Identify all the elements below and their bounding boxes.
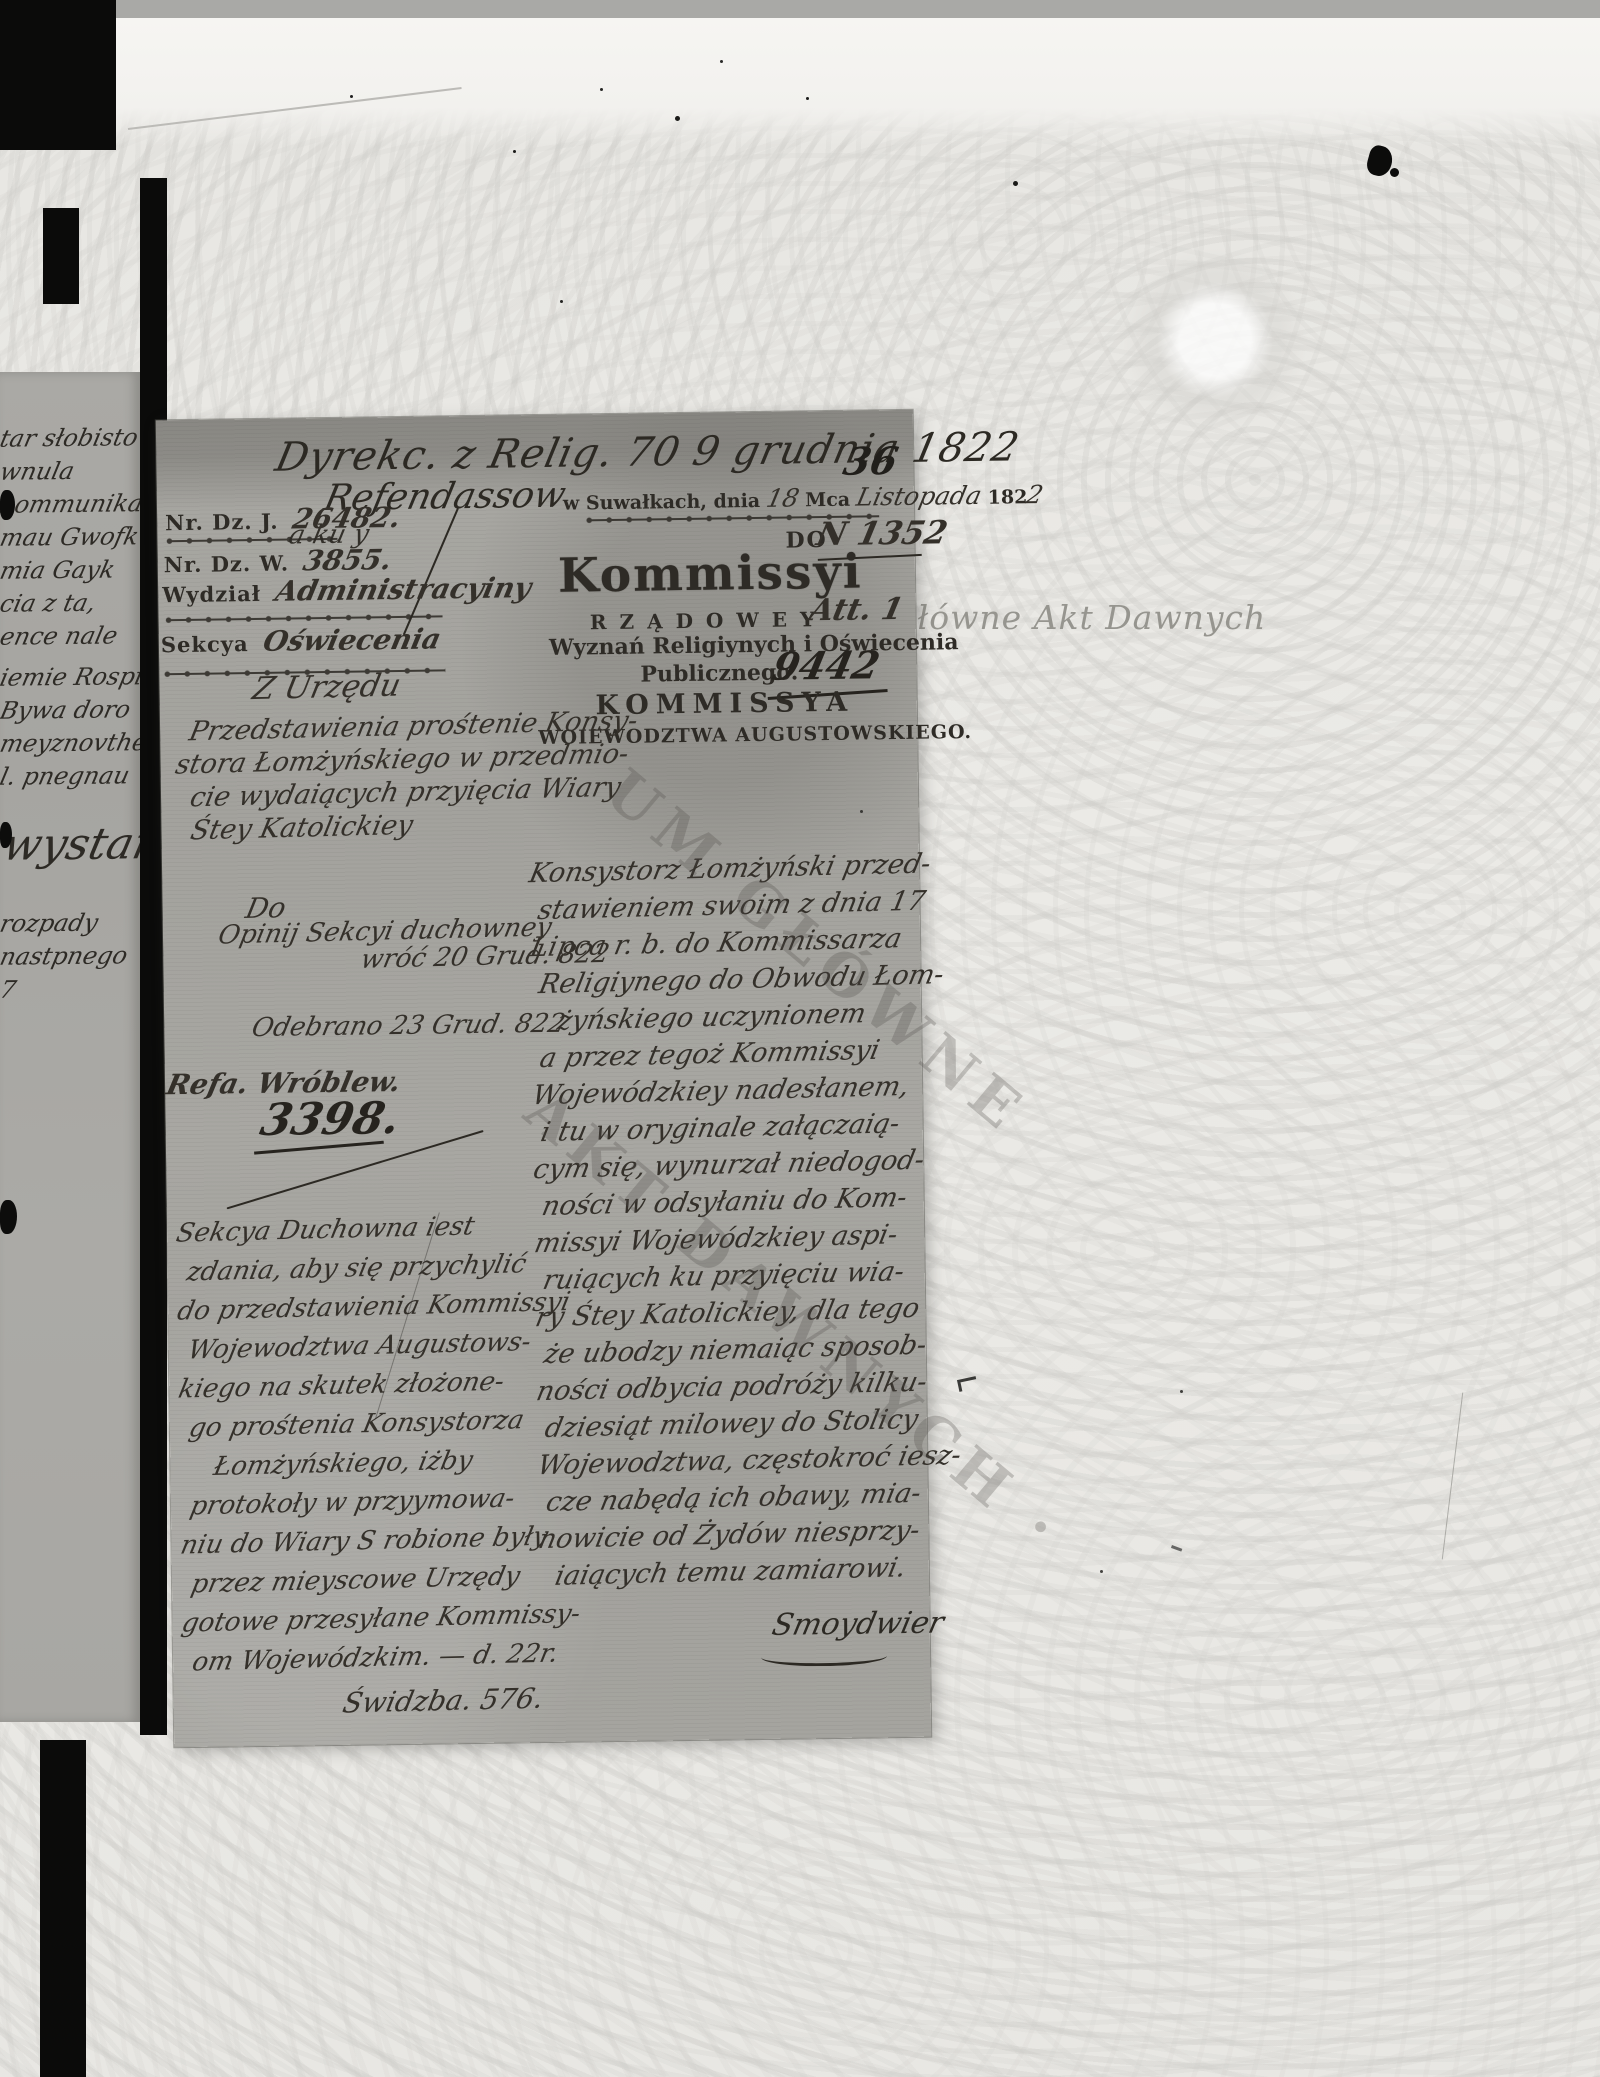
background-crease-line: [1442, 1393, 1463, 1560]
ink-blot: [0, 1200, 17, 1234]
nr-dz-w-value: 3855.: [301, 543, 396, 577]
place-label: w Suwałkach, dnia: [563, 490, 760, 515]
text-line: mau Gwofk: [0, 522, 140, 556]
annotation-heading-date: Dyrekc. z Relig. 70 9 grudnia 1822: [271, 424, 1023, 481]
text-line: wnula: [0, 456, 140, 490]
body-signature: Smoydwier: [769, 1605, 947, 1642]
registry-row-wydzial: Wydział Administracyiny: [162, 571, 531, 609]
emulsion-blob-small: [1390, 168, 1399, 177]
text-line: Świdzba. 576.: [339, 1676, 668, 1723]
text-line: wystarcza: [0, 818, 140, 909]
text-line: tar słobisto: [0, 423, 140, 457]
left-page-fragment: tar słobistownulakommunikaciemau Gwofkmi…: [0, 372, 140, 1722]
text-line: kommunikacie: [0, 489, 140, 523]
text-line: ence nale: [0, 621, 140, 655]
sekcya-value: Oświecenia: [260, 622, 444, 658]
nr-dz-w-label: Nr. Dz. W.: [164, 551, 290, 578]
mca-label: Mca: [805, 489, 850, 512]
registry-row-sekcya: Sekcya Oświecenia: [161, 622, 441, 659]
letterhead-title-rzadowey: RZĄDOWEY: [576, 607, 840, 635]
left-column-urzad-note: Z UrzęduPrzedstawienia prośtenie Konsy-s…: [189, 665, 651, 844]
registry-row-nr-dz-j: Nr. Dz. J. 26482.: [165, 501, 401, 537]
wydzial-value: Administracyiny: [272, 571, 534, 608]
dust-specks: [513, 150, 516, 153]
text-line: 7: [0, 974, 140, 1008]
small-scratch-mark: [957, 1376, 978, 1392]
text-line: cia z ta,: [0, 588, 140, 622]
text-line: nastpnego: [0, 941, 140, 975]
annotation-number-9442: 9442: [768, 642, 884, 689]
ornament-rule: [165, 612, 443, 623]
text-line: Z Urzędu: [250, 663, 654, 706]
nr-dz-j-label: Nr. Dz. J.: [165, 509, 279, 536]
film-top-edge: [0, 0, 1600, 20]
sekcya-label: Sekcya: [161, 631, 249, 657]
letterhead-place-date: w Suwałkach, dnia 18 Mca Listopada 1822: [563, 480, 1044, 516]
annotation-att: Att. 1: [807, 592, 907, 628]
text-line: Bywa doro: [0, 695, 140, 729]
text-line: mia Gayk: [0, 555, 140, 589]
small-scratch-mark: [1171, 1540, 1184, 1551]
text-line: l. pnegnau: [0, 761, 140, 795]
day-value: 18: [764, 483, 802, 513]
received-note: Odebrano 23 Grud. 822: [249, 1009, 568, 1043]
document-page: Dyrekc. z Relig. 70 9 grudnia 1822 36 Re…: [156, 410, 931, 1747]
year-hand: 2: [1024, 480, 1046, 509]
microfilm-scan-frame: Archiwum Główne Akt Dawnych tar słobisto…: [0, 0, 1600, 2077]
month-value: Listopada: [854, 481, 985, 512]
text-line: meyznovthe: [0, 728, 140, 762]
film-black-corner: [0, 0, 116, 150]
signature-flourish: [761, 1646, 887, 1667]
year-printed: 182: [988, 486, 1028, 509]
film-black-bottom-bar: [40, 1740, 86, 2077]
registry-number-3398: 3398.: [256, 1093, 405, 1146]
nr-dz-j-value: 26482.: [290, 501, 404, 536]
film-black-bar-small: [43, 208, 79, 304]
text-line: iemie Rospis: [0, 662, 140, 696]
wydzial-label: Wydział: [162, 581, 261, 607]
text-line: rozpady: [0, 908, 140, 942]
folio-number: 36: [840, 438, 903, 484]
film-light-band: [0, 18, 1600, 146]
